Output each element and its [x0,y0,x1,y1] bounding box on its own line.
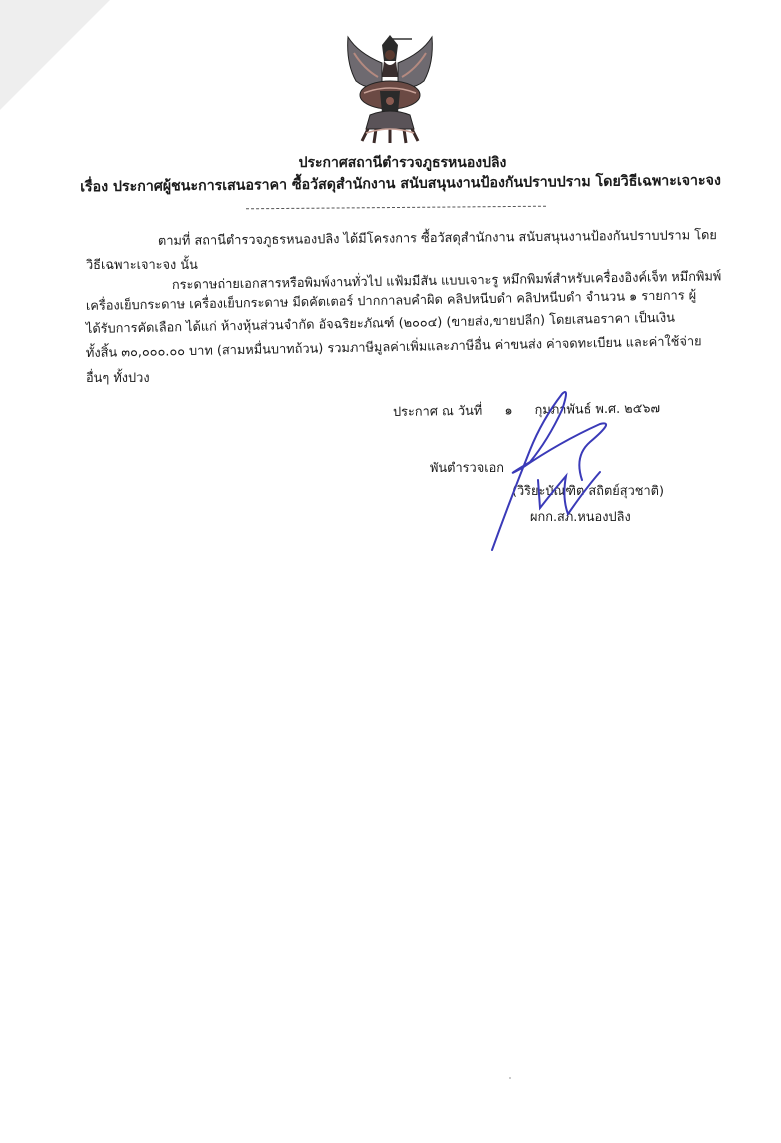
page-fold-shadow [0,0,110,110]
announcement-day: ๑ [504,403,512,418]
document-page: ประกาศสถานีตำรวจภูธรหนองปลิง เรื่อง ประก… [0,0,781,1143]
body-paragraph-2-line-5: อื่นๆ ทั้งปวง [86,366,150,392]
announcement-prefix: ประกาศ ณ วันที่ [393,404,483,420]
signatory-position: ผกก.สภ.หนองปลิง [530,506,631,527]
announcement-date: ประกาศ ณ วันที่ ๑ กุมภาพันธ์ พ.ศ. ๒๕๖๗ [393,397,678,422]
body-paragraph-1-line-1: ตามที่ สถานีตำรวจภูธรหนองปลิง ได้มีโครงก… [158,223,717,255]
announcement-month-year: กุมภาพันธ์ พ.ศ. ๒๕๖๗ [534,401,660,418]
signatory-rank: พันตำรวจเอก [430,457,504,478]
signatory-name: (วิริยะบัณฑิต สถิตย์สุวชาติ) [512,480,664,501]
speck [509,1077,511,1079]
header-divider [246,206,546,210]
garuda-emblem-icon [340,33,440,145]
